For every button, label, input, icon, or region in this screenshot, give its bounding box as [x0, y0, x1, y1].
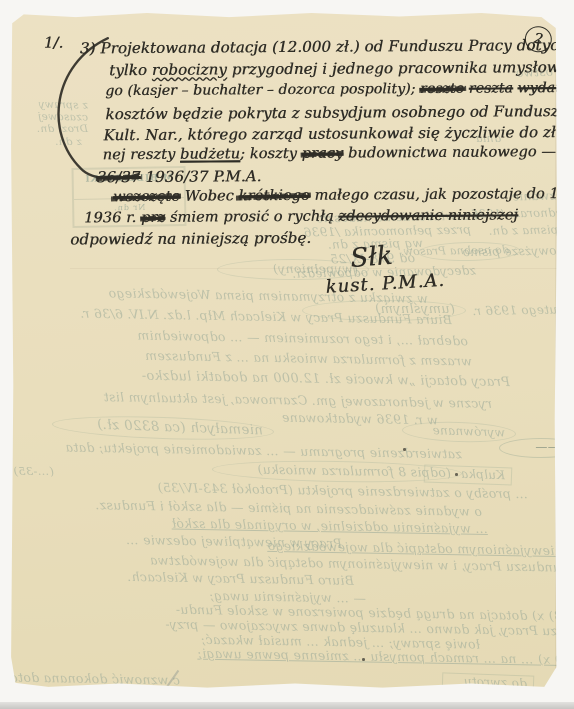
- struck-word: wydatków: [517, 80, 558, 97]
- handwriting-line: odpowiedź na niniejszą prośbę.: [70, 229, 311, 249]
- handwriting-segment: przygodnej i jednego pracownika umysłowe…: [227, 58, 558, 78]
- paper-sheet: Starostwodniai wezwaniep. jednoraz. /193…: [10, 11, 558, 691]
- handwriting-segment: nej reszty: [103, 147, 180, 164]
- struck-word: prz: [141, 210, 165, 226]
- struck-word: 36/37: [97, 168, 141, 186]
- struck-word: zdecydowanie niniejszej: [338, 207, 518, 224]
- handwriting-line: kosztów będzie pokryta z subsydjum osobn…: [105, 102, 558, 123]
- signature-initial: Słk: [349, 241, 393, 274]
- handwriting-segment: kosztów będzie pokryta z subsydjum osobn…: [105, 102, 558, 123]
- handwriting-segment: małego czasu, jak pozostaje do 1 marca: [310, 186, 558, 204]
- handwriting-segment: Wobec: [180, 188, 239, 204]
- handwriting-segment: Kult. Nar., którego zarząd ustosunkował …: [103, 123, 558, 144]
- ink-text-layer: 1/. 2 Słk kust. P.M.A. 3) Projektowana d…: [10, 11, 558, 691]
- struck-word: krótkiego: [238, 188, 309, 204]
- handwriting-line: tylko robocizny przygodnej i jednego pra…: [109, 58, 558, 79]
- struck-word: pracy: [302, 146, 344, 162]
- struck-word: reszto: [420, 81, 464, 97]
- signature-title: kust. P.M.A.: [325, 270, 446, 298]
- handwriting-segment: 1936/37 P.M.A.: [140, 167, 261, 186]
- struck-word: wszczęte: [113, 189, 180, 205]
- struck-word: reszta: [469, 80, 513, 96]
- handwriting-segment: go (kasjer – buchalter – dozorca pospoli…: [105, 81, 420, 99]
- handwriting-segment: 1936 r.: [84, 210, 141, 226]
- handwriting-segment: tylko: [109, 61, 152, 79]
- scan-background: { "document": { "kind": "scanned handwri…: [0, 0, 574, 709]
- handwriting-segment: śmiem prosić o rychłą: [165, 209, 338, 226]
- handwriting-line: 1936 r. prz śmiem prosić o rychłą zdecyd…: [84, 207, 518, 226]
- handwriting-line: 36/37 1936/37 P.M.A.: [97, 167, 262, 186]
- handwriting-line: 3) Projektowana dotacja (12.000 zł.) od …: [80, 36, 558, 57]
- handwriting-segment: robocizny: [152, 60, 227, 79]
- handwriting-line: go (kasjer – buchalter – dozorca pospoli…: [105, 80, 558, 99]
- handwriting-line: nej reszty budżetu; koszty pracy budowni…: [103, 144, 558, 164]
- handwriting-line: wszczęte Wobec krótkiego małego czasu, j…: [113, 186, 558, 205]
- scanner-shadow-band: [0, 702, 574, 709]
- handwriting-segment: budżetu: [180, 146, 240, 162]
- handwriting-segment: odpowiedź na niniejszą prośbę.: [70, 229, 311, 249]
- handwriting-segment: budownictwa naukowego — z budżetu: [343, 144, 558, 162]
- handwriting-segment: ; koszty: [240, 146, 302, 162]
- handwriting-segment: 3) Projektowana dotacja (12.000 zł.) od …: [80, 36, 558, 57]
- handwriting-line: Kult. Nar., którego zarząd ustosunkował …: [103, 123, 558, 144]
